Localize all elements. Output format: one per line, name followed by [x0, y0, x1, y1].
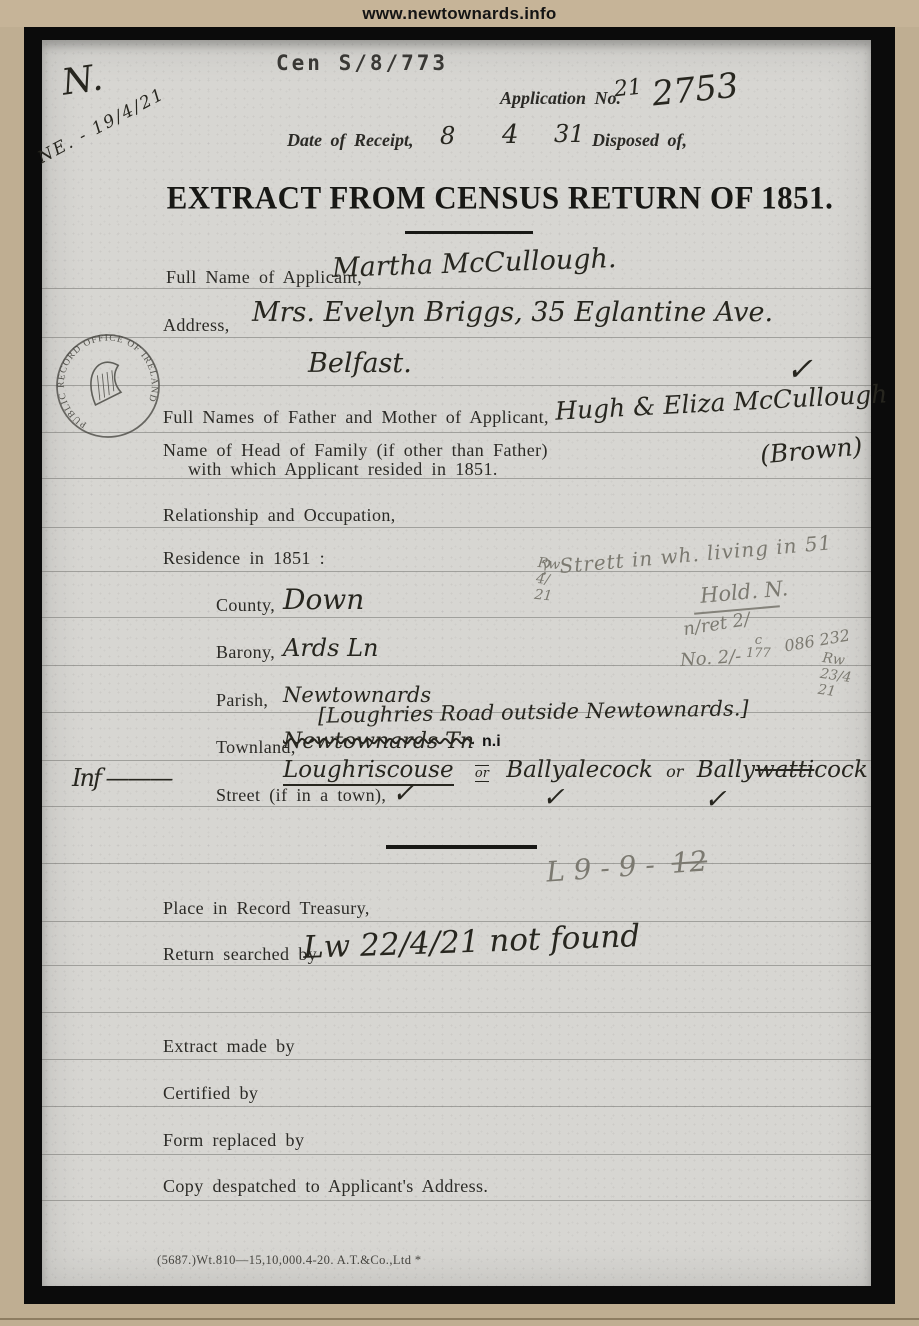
- townland-alt-or2: or: [666, 762, 683, 781]
- checkmark-icon: ✓: [392, 778, 415, 809]
- ruled-line: [42, 921, 871, 922]
- inf-margin-note: Inf ———: [72, 764, 171, 792]
- section-divider-rule: [386, 845, 537, 849]
- ruled-line: [42, 1012, 871, 1013]
- ruled-line: [42, 1106, 871, 1107]
- address-value: Mrs. Evelyn Briggs, 35 Eglantine Ave.: [252, 297, 773, 328]
- townland-alt-third-a: Bally: [697, 757, 755, 783]
- printer-imprint: (5687.)Wt.810—15,10,000.4-20. A.T.&Co.,L…: [157, 1253, 422, 1268]
- checkmark-icon: ✓: [542, 782, 565, 813]
- barony-label: Barony,: [216, 642, 275, 663]
- ruled-line: [42, 863, 871, 864]
- residence-label: Residence in 1851 :: [163, 548, 325, 569]
- ruled-line: [42, 571, 871, 572]
- townland-ni-note: n.i: [482, 733, 501, 751]
- certified-label: Certified by: [163, 1083, 258, 1104]
- ruled-line: [42, 665, 871, 666]
- cen-reference-stamp: Cen S/8/773: [276, 51, 448, 75]
- application-no-prefix: 21: [613, 75, 643, 103]
- application-no-label: Application No.: [500, 88, 621, 109]
- ruled-line: [42, 337, 871, 338]
- townland-struck-value: Newtownards Tn: [283, 729, 474, 754]
- page-title: EXTRACT FROM CENSUS RETURN OF 1851.: [160, 179, 840, 216]
- copy-despatched-label: Copy despatched to Applicant's Address.: [163, 1176, 488, 1197]
- relationship-label: Relationship and Occupation,: [163, 505, 396, 526]
- site-banner: www.newtownards.info: [0, 0, 919, 27]
- townland-alternatives: Loughriscouse or Ballyalecock or Ballywa…: [283, 757, 868, 783]
- scanned-census-page: www.newtownards.info Cen S/8/773 N. NE. …: [0, 0, 919, 1326]
- ruled-line: [42, 527, 871, 528]
- townland-alt-third-struck: watti: [755, 757, 814, 783]
- receipt-year-value: 31: [554, 120, 585, 148]
- title-underline: [405, 231, 533, 234]
- corner-initial-note: N.: [59, 57, 105, 103]
- street-label: Street (if in a town),: [216, 785, 386, 806]
- parish-label: Parish,: [216, 690, 268, 711]
- townland-alt-first: Loughriscouse: [283, 757, 454, 786]
- rec-date-note: Rw 23/4 21: [817, 650, 855, 702]
- ruled-line: [42, 965, 871, 966]
- receipt-day-value: 8: [440, 122, 455, 150]
- harp-icon: [88, 361, 123, 406]
- county-value: Down: [283, 583, 364, 616]
- head-of-family-label-1: Name of Head of Family (if other than Fa…: [163, 440, 548, 461]
- place-treasury-label: Place in Record Treasury,: [163, 898, 370, 919]
- extract-made-label: Extract made by: [163, 1036, 295, 1057]
- checkmark-icon: ✓: [786, 350, 813, 388]
- address-label: Address,: [163, 315, 230, 336]
- head-of-family-label-2: with which Applicant resided in 1851.: [188, 459, 498, 480]
- ruled-line: [42, 288, 871, 289]
- townland-alt-or1: or: [475, 765, 489, 782]
- no-note: No. 2/-: [679, 646, 742, 671]
- parents-label: Full Names of Father and Mother of Appli…: [163, 407, 549, 428]
- banner-url-text: www.newtownards.info: [362, 4, 556, 24]
- townland-alt-second: Ballyalecock: [506, 757, 653, 783]
- form-replaced-label: Form replaced by: [163, 1130, 304, 1151]
- barony-value: Ards Ln: [283, 634, 379, 662]
- amount-struck-value: 12: [670, 844, 708, 879]
- ruled-line: [42, 1154, 871, 1155]
- return-searched-label: Return searched by: [163, 944, 317, 965]
- checkmark-icon: ✓: [704, 784, 727, 815]
- townland-alt-third-b: cock: [814, 757, 868, 783]
- county-label: County,: [216, 595, 275, 616]
- receipt-month-value: 4: [502, 120, 519, 150]
- pro-ireland-seal: PUBLIC RECORD OFFICE OF IRELAND: [42, 320, 173, 451]
- ruled-line: [42, 1059, 871, 1060]
- fraction-note: c 177: [746, 634, 771, 660]
- ruled-line: [42, 806, 871, 807]
- ruled-line: [42, 1200, 871, 1201]
- address-value-line2: Belfast.: [308, 348, 412, 379]
- date-of-receipt-label: Date of Receipt,: [287, 130, 413, 151]
- disposed-of-label: Disposed of,: [592, 130, 687, 151]
